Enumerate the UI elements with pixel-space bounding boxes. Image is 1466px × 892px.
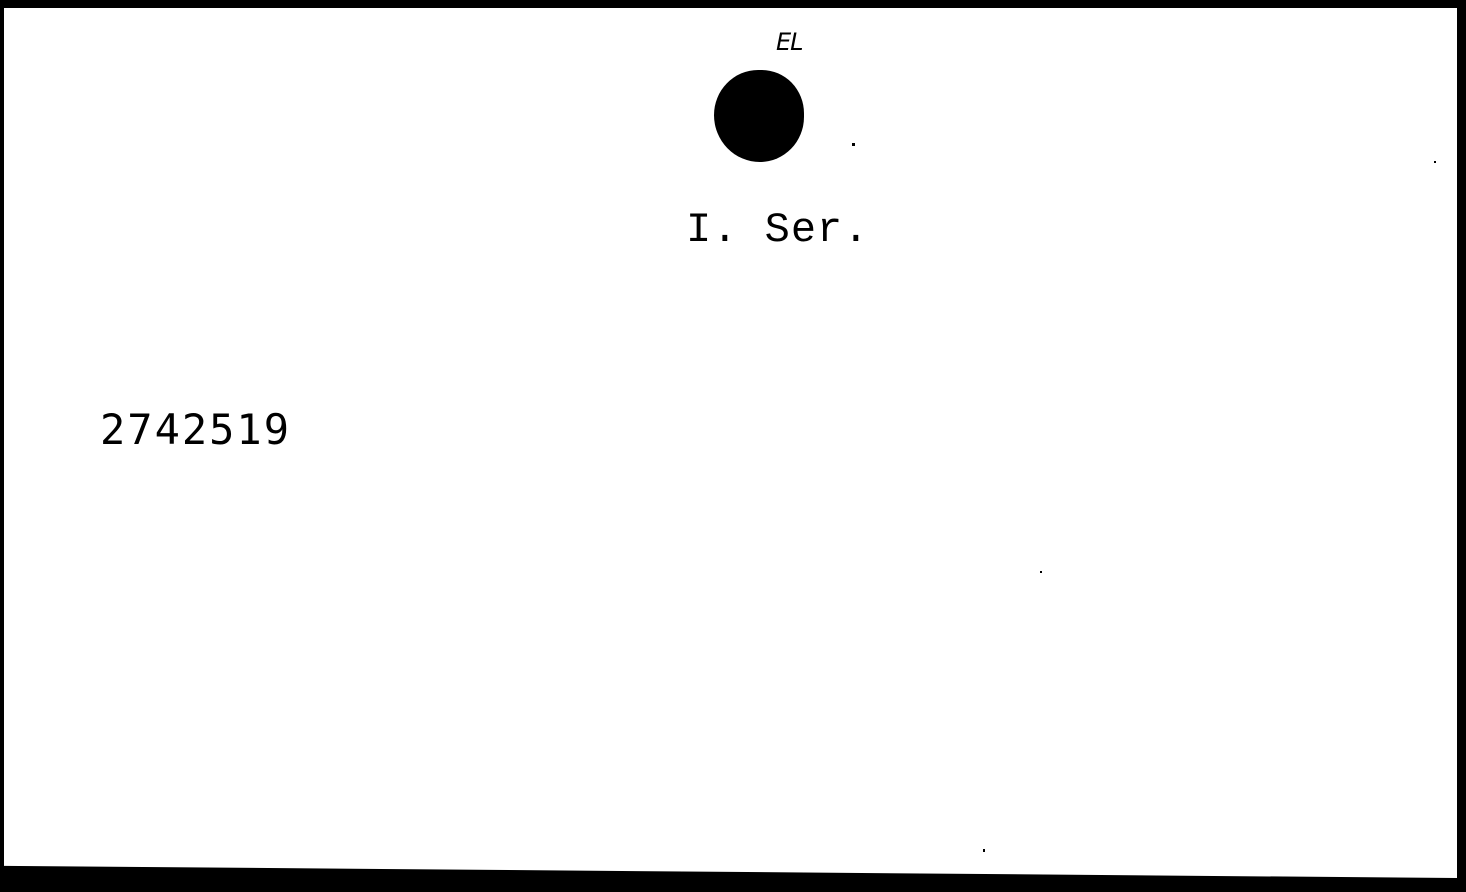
scanned-card-image: EL I. Ser. 2742519 — [0, 0, 1466, 892]
ink-speck — [1434, 161, 1436, 163]
ink-speck — [983, 849, 985, 852]
punch-hole — [714, 70, 804, 162]
series-label: I. Ser. — [686, 206, 869, 254]
handwritten-annotation: EL — [776, 28, 803, 56]
card-number: 2742519 — [100, 405, 291, 454]
ink-speck — [852, 143, 855, 146]
ink-speck — [1040, 571, 1042, 573]
